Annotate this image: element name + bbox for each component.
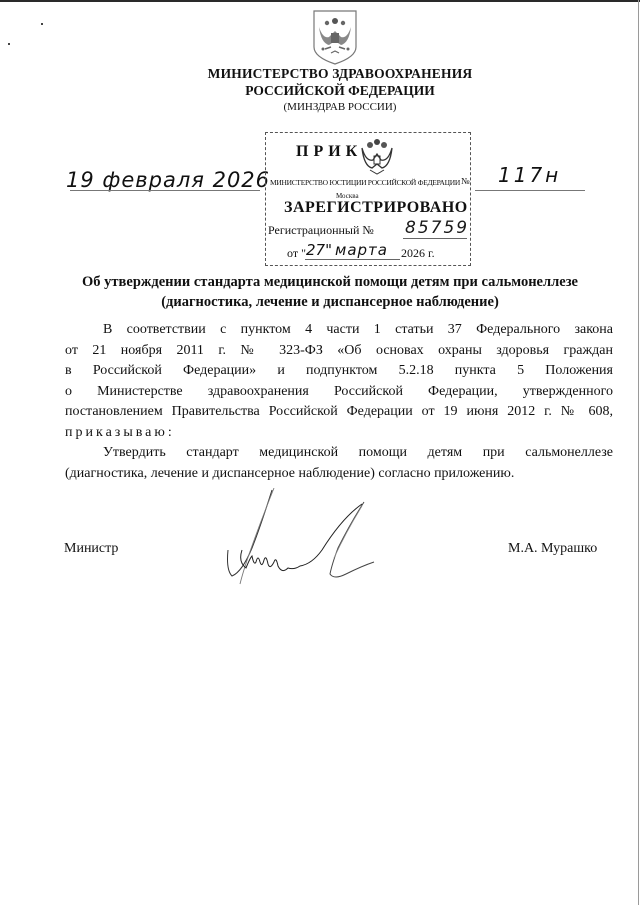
reg-date-day: 27" xyxy=(306,241,332,259)
body-line: В соответствии с пунктом 4 части 1 стать… xyxy=(65,320,613,341)
body-line: (диагностика, лечение и диспансерное наб… xyxy=(65,464,613,485)
scan-right-border xyxy=(638,0,639,905)
reg-date-year: 2026 г. xyxy=(401,246,435,261)
title-line: (диагностика, лечение и диспансерное наб… xyxy=(40,292,620,312)
ministry-country: РОССИЙСКОЙ ФЕДЕРАЦИИ xyxy=(180,83,500,99)
order-number-handwritten: 117н xyxy=(498,163,561,187)
russian-coat-of-arms-icon xyxy=(311,9,359,65)
reg-number-underline xyxy=(403,238,467,239)
date-underline xyxy=(70,190,260,191)
scan-speck xyxy=(41,23,43,25)
handwritten-signature-icon xyxy=(222,488,382,598)
decree-word: приказываю: xyxy=(65,423,613,444)
reg-date-underline xyxy=(305,259,400,260)
stamp-ministry-name: МИНИСТЕРСТВО ЮСТИЦИИ РОССИЙСКОЙ ФЕДЕРАЦИ… xyxy=(270,178,460,187)
double-headed-eagle-icon xyxy=(360,136,394,176)
body-line: Утвердить стандарт медицинской помощи де… xyxy=(65,443,613,464)
scan-speck xyxy=(8,43,10,45)
order-date-handwritten: 19 февраля 2026 xyxy=(66,168,270,192)
title-line: Об утверждении стандарта медицинской пом… xyxy=(40,272,620,292)
body-line: о Министерстве здравоохранения Российско… xyxy=(65,382,613,403)
scan-top-border xyxy=(0,0,640,2)
body-line: от 21 ноября 2011 г. № 323-ФЗ «Об основа… xyxy=(65,341,613,362)
reg-number-value: 85759 xyxy=(405,218,469,238)
signer-title: Министр xyxy=(64,541,118,557)
ministry-name: МИНИСТЕРСТВО ЗДРАВООХРАНЕНИЯ xyxy=(180,66,500,82)
reg-date-prefix: от " xyxy=(287,246,306,261)
body-line: постановлением Правительства Российской … xyxy=(65,402,613,423)
stamp-number-sign: № xyxy=(461,176,470,186)
stamp-status: ЗАРЕГИСТРИРОВАНО xyxy=(284,199,468,217)
prikaz-label: ПРИК xyxy=(296,143,362,161)
document-title: Об утверждении стандарта медицинской пом… xyxy=(40,272,620,312)
reg-number-label: Регистрационный № xyxy=(268,223,374,238)
number-underline xyxy=(475,190,585,191)
ministry-short-name: (МИНЗДРАВ РОССИИ) xyxy=(180,101,500,113)
body-line: в Российской Федерации» и подпунктом 5.2… xyxy=(65,361,613,382)
document-body: В соответствии с пунктом 4 части 1 стать… xyxy=(65,320,613,484)
signer-name: М.А. Мурашко xyxy=(508,541,597,557)
reg-date-month: марта xyxy=(335,241,388,259)
